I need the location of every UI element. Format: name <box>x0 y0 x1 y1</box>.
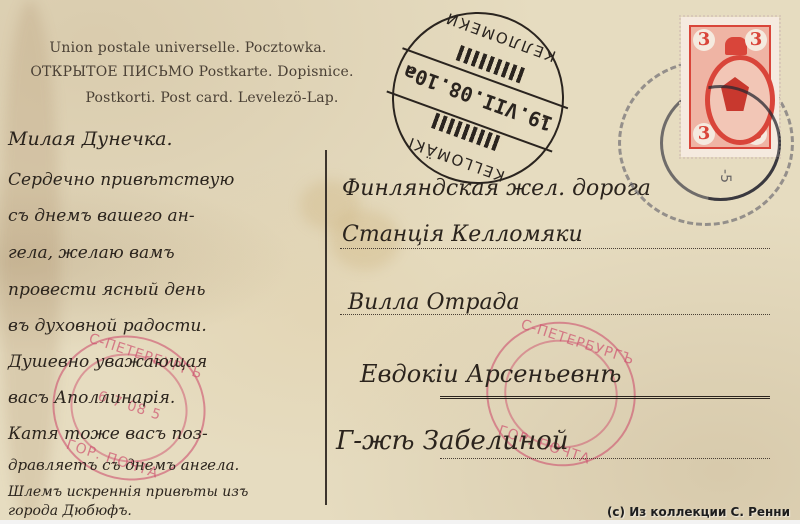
message-line: Шлемъ искреннія привѣты изъ <box>8 484 248 500</box>
message-line: въ духовной радости. <box>8 316 207 336</box>
message-line: дравляетъ съ днемъ ангела. <box>8 456 239 474</box>
address-rule <box>340 248 770 249</box>
message-line: Катя тоже васъ поз- <box>8 424 208 444</box>
stamp-denomination: 3 <box>693 29 715 51</box>
address-line: Евдокіи Арсеньевнѣ <box>360 360 621 388</box>
message-line: провести ясный день <box>8 280 205 300</box>
message-line: Сердечно привѣтствую <box>8 170 234 190</box>
address-line: Вилла Отрада <box>348 290 520 315</box>
message-line: васъ Аполлинарія. <box>8 388 175 408</box>
message-line: Душевно уважающая <box>8 352 207 372</box>
address-rule <box>440 396 770 399</box>
address-line: Станція Келломяки <box>342 222 583 247</box>
card-divider <box>325 150 327 505</box>
address-line: Г-жѣ Забелиной <box>336 426 569 456</box>
header-line-3: Postkorti. Post card. Levelezö-Lap. <box>12 90 412 106</box>
bottom-edge <box>0 520 800 524</box>
stamp-denomination: 3 <box>745 29 767 51</box>
crown-icon <box>725 37 747 55</box>
address-rule <box>440 458 770 459</box>
message-line: Милая Дунечка. <box>8 128 173 150</box>
copyright-watermark: (c) Из коллекции С. Ренни <box>607 505 790 519</box>
header-line-2: ОТКРЫТОЕ ПИСЬМО Postkarte. Dopisnice. <box>0 64 392 80</box>
message-line: съ днемъ вашего ан- <box>8 206 195 226</box>
address-rule <box>340 314 770 315</box>
header-line-1: Union postale universelle. Pocztowka. <box>0 40 388 56</box>
message-line: города Дюбюфъ. <box>8 503 132 519</box>
message-line: гела, желаю вамъ <box>8 243 175 263</box>
